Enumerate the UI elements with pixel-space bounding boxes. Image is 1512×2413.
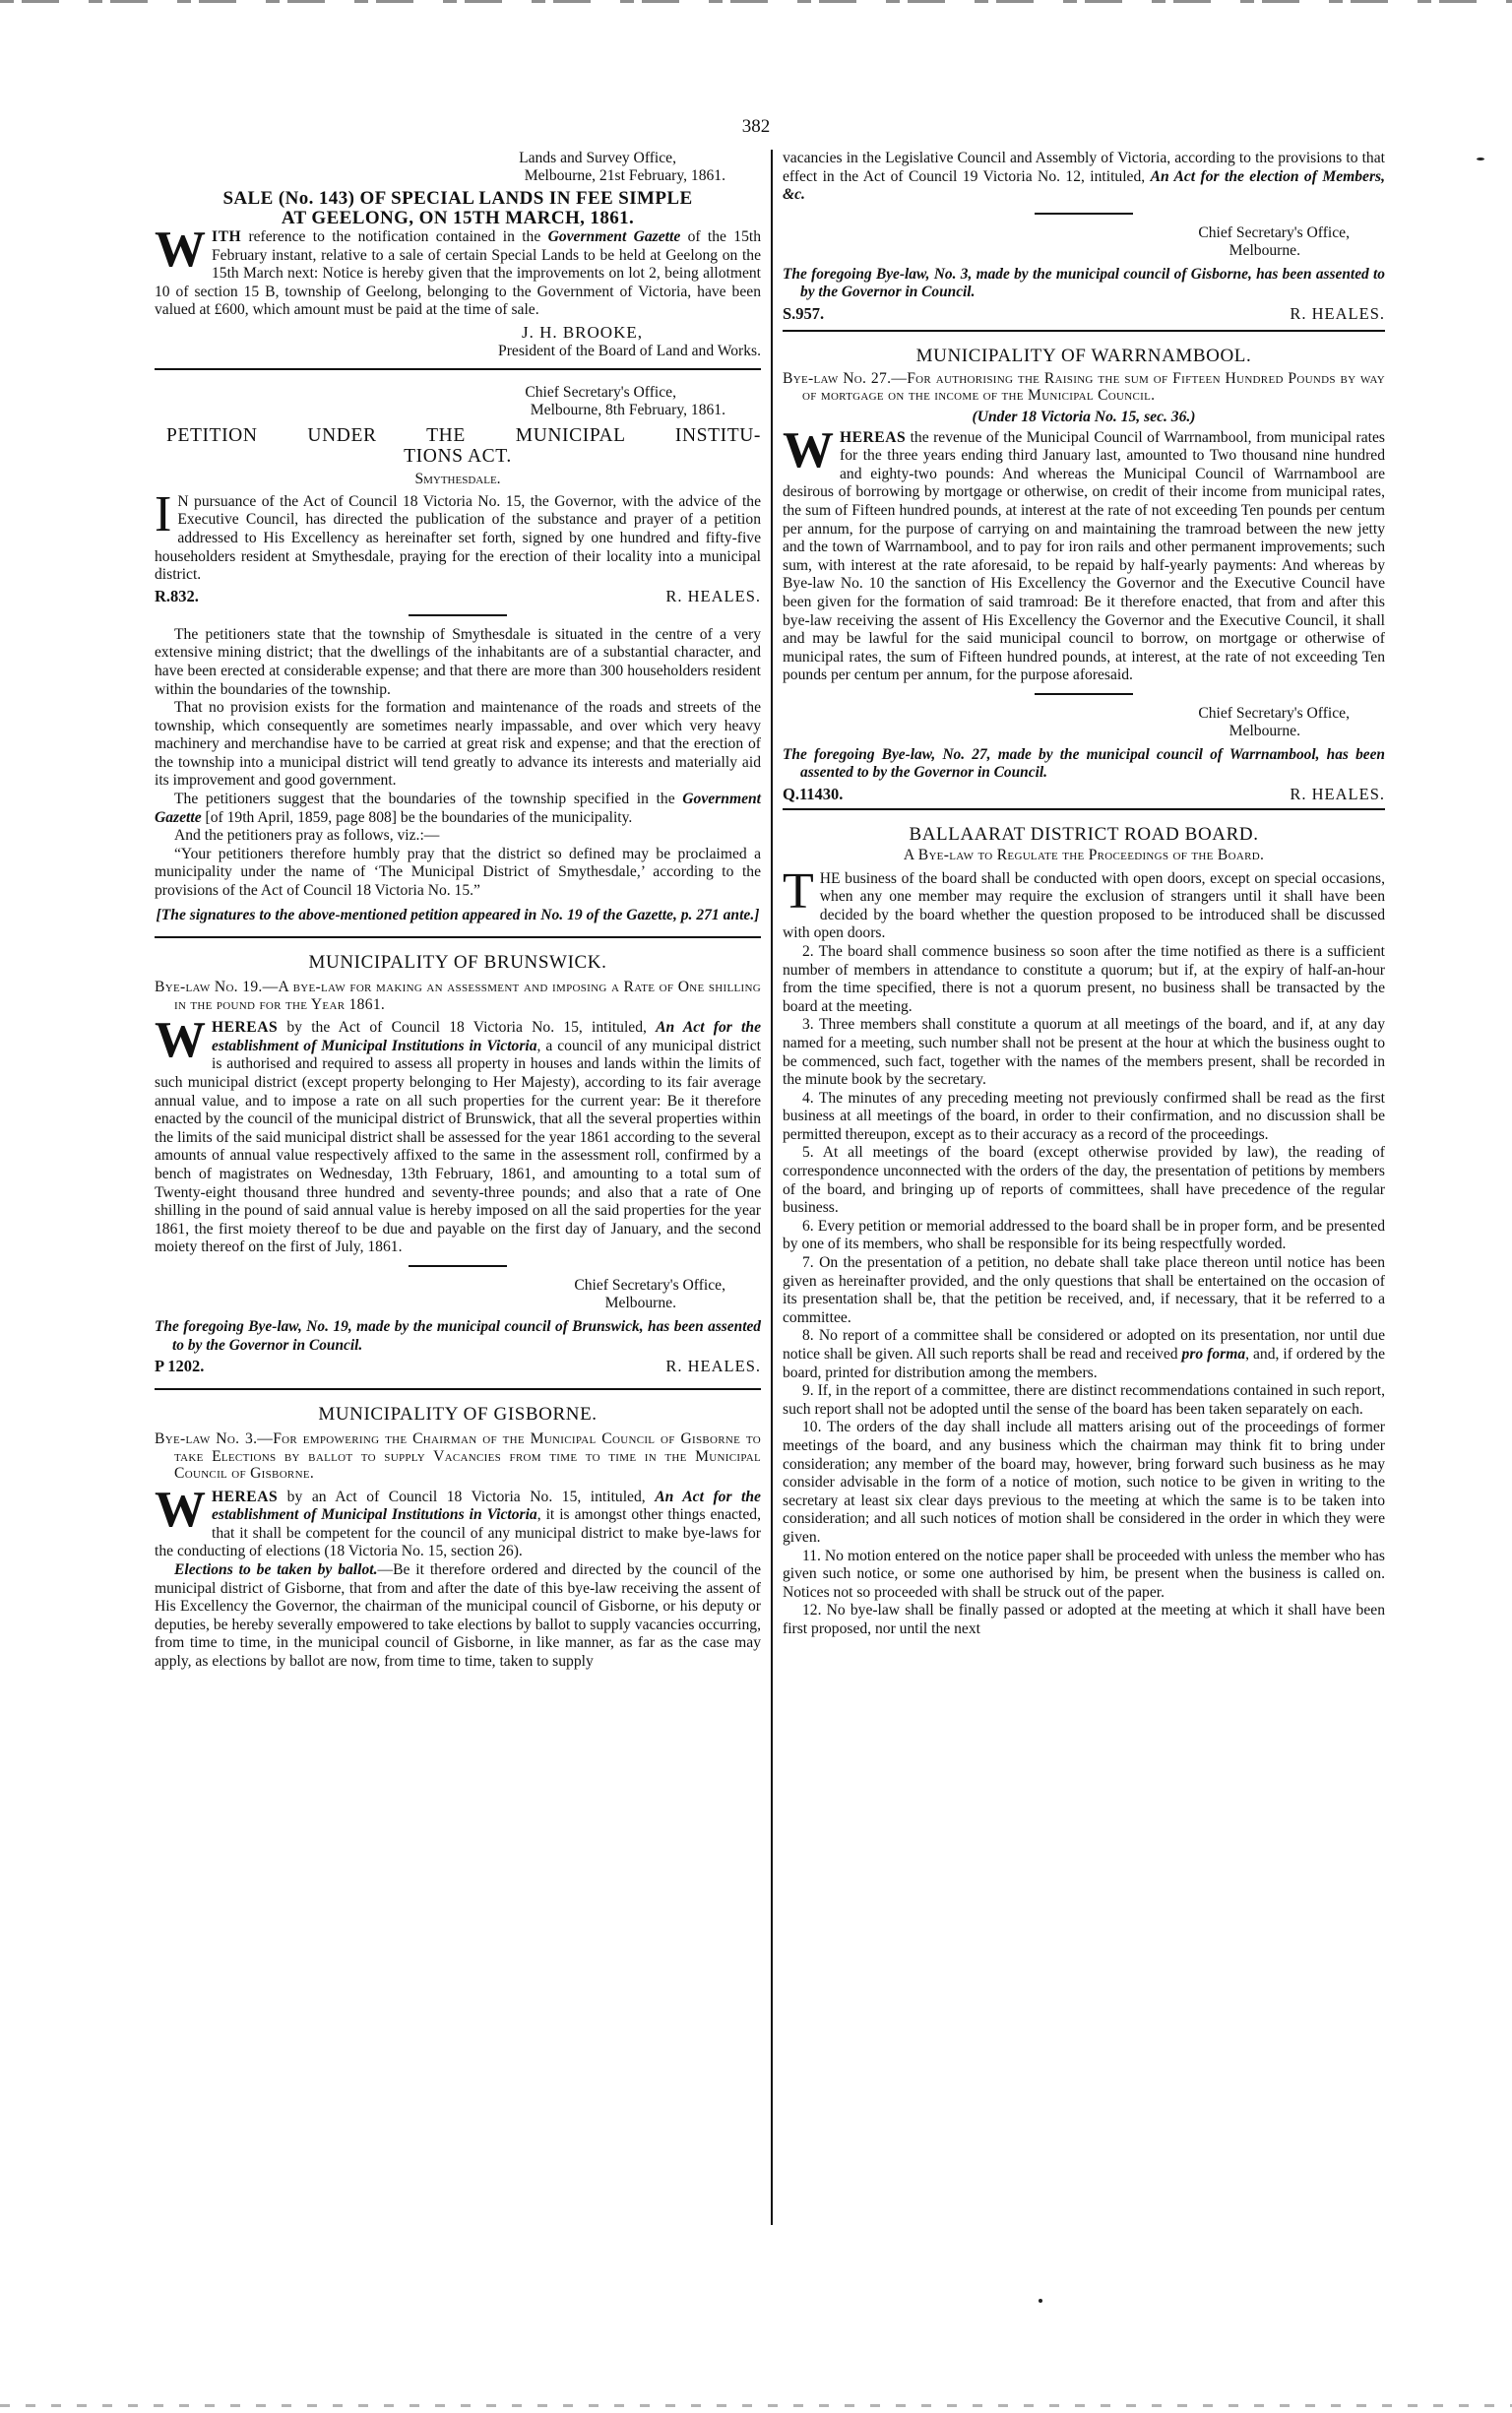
page-number: 382 [0,116,1512,138]
dropcap-letter: W [155,1491,206,1530]
notice-body: WITH reference to the notification conta… [155,228,761,320]
assent-note: The foregoing Bye-law, No. 3, made by th… [783,266,1385,302]
reference-number: P 1202. [155,1357,204,1376]
notice-body: WHEREAS the revenue of the Municipal Cou… [783,429,1385,685]
clause-3: 3. Three members shall constitute a quor… [783,1016,1385,1089]
assent-note: The foregoing Bye-law, No. 27, made by t… [783,746,1385,783]
notice-title-line2: AT GEELONG, ON 15TH MARCH, 1861. [155,209,761,228]
editorial-note: [The signatures to the above-mentioned p… [155,907,761,925]
section-divider [155,368,761,370]
notice-title: BALLAARAT DISTRICT ROAD BOARD. [783,824,1385,845]
notice-body: IN pursuance of the Act of Council 18 Vi… [155,493,761,585]
right-column: vacancies in the Legislative Council and… [783,150,1385,1639]
clause-8: 8. No report of a committee shall be con… [783,1327,1385,1382]
notice-ballaarat: BALLAARAT DISTRICT ROAD BOARD. A Bye-law… [783,824,1385,1638]
notice-title: PETITION UNDER THE MUNICIPAL INSTITU- [155,425,761,446]
office-dateline: Chief Secretary's Office, Melbourne. [783,224,1385,260]
paragraph: vacancies in the Legislative Council and… [783,150,1385,205]
signatory: R. HEALES. [665,1357,761,1376]
notice-brunswick: MUNICIPALITY OF BRUNSWICK. Bye-law No. 1… [155,952,761,1376]
office-dateline: Chief Secretary's Office, Melbourne. [155,1277,761,1312]
reference-number: S.957. [783,304,824,324]
signature-line: R.832. R. HEALES. [155,587,761,606]
signature-line: P 1202. R. HEALES. [155,1357,761,1376]
notice-title: MUNICIPALITY OF WARRNAMBOOL. [783,346,1385,366]
signature-line: S.957. R. HEALES. [783,304,1385,324]
scan-speck [1039,2299,1042,2303]
short-divider [1035,693,1133,695]
section-divider [155,936,761,938]
signature-line: Q.11430. R. HEALES. [783,785,1385,804]
paragraph: The petitioners suggest that the boundar… [155,791,761,827]
section-divider [783,330,1385,332]
left-column: Lands and Survey Office, Melbourne, 21st… [155,150,761,1672]
notice-gisborne: MUNICIPALITY OF GISBORNE. Bye-law No. 3.… [155,1404,761,1671]
reference-number: Q.11430. [783,785,843,804]
paragraph: The petitioners state that the township … [155,626,761,699]
signatory-title: President of the Board of Land and Works… [155,343,761,361]
scan-edge-artifact-top [0,0,1512,3]
notice-lands-sale: Lands and Survey Office, Melbourne, 21st… [155,150,761,360]
clause-2: 2. The board shall commence business so … [783,943,1385,1016]
place-name: Smythesdale. [155,471,761,489]
office-dateline: Chief Secretary's Office, Melbourne. [783,705,1385,740]
scan-edge-artifact-bottom [0,2404,1512,2407]
paragraph: And the petitioners pray as follows, viz… [155,827,761,846]
notice-title: MUNICIPALITY OF BRUNSWICK. [155,952,761,973]
clause-10: 10. The orders of the day shall include … [783,1419,1385,1547]
clause-12: 12. No bye-law shall be finally passed o… [783,1602,1385,1638]
reference-number: R.832. [155,587,199,606]
clause-11: 11. No motion entered on the notice pape… [783,1548,1385,1603]
clause-7: 7. On the presentation of a petition, no… [783,1254,1385,1327]
short-divider [409,1265,507,1267]
clause-4: 4. The minutes of any preceding meeting … [783,1090,1385,1145]
signatory-name: J. H. BROOKE, [155,324,761,343]
bye-law-subhead: Bye-law No. 3.—For empowering the Chairm… [155,1430,761,1483]
scan-speck [1477,158,1484,160]
dropcap-letter: T [783,872,814,912]
office-dateline: Lands and Survey Office, Melbourne, 21st… [155,150,761,185]
signatory: R. HEALES. [1290,785,1385,804]
dropcap-letter: W [155,230,206,270]
column-divider [771,150,773,2225]
notice-gisborne-continued: vacancies in the Legislative Council and… [783,150,1385,324]
assent-note: The foregoing Bye-law, No. 19, made by t… [155,1318,761,1355]
notice-title-line2: TIONS ACT. [155,446,761,467]
notice-warrnambool: MUNICIPALITY OF WARRNAMBOOL. Bye-law No.… [783,346,1385,804]
bye-law-subhead: A Bye-law to Regulate the Proceedings of… [783,847,1385,864]
signatory: R. HEALES. [1290,304,1385,324]
office-dateline: Chief Secretary's Office, Melbourne, 8th… [155,384,761,419]
notice-title: SALE (No. 143) OF SPECIAL LANDS IN FEE S… [155,189,761,209]
short-divider [1035,213,1133,215]
dropcap-letter: I [155,495,171,535]
clause-5: 5. At all meetings of the board (except … [783,1144,1385,1217]
notice-body: WHEREAS by an Act of Council 18 Victoria… [155,1489,761,1561]
paragraph: That no provision exists for the formati… [155,699,761,791]
notice-body: WHEREAS by the Act of Council 18 Victori… [155,1019,761,1257]
paragraph: Elections to be taken by ballot.—Be it t… [155,1561,761,1672]
section-divider [155,1388,761,1390]
bye-law-subhead: Bye-law No. 19.—A bye-law for making an … [155,979,761,1013]
clause-9: 9. If, in the report of a committee, the… [783,1382,1385,1419]
short-divider [409,614,507,616]
section-divider [783,808,1385,810]
paragraph: THE business of the board shall be condu… [783,870,1385,943]
dropcap-letter: W [783,431,834,471]
clause-6: 6. Every petition or memorial addressed … [783,1218,1385,1254]
dropcap-letter: W [155,1021,206,1060]
paragraph: “Your petitioners therefore humbly pray … [155,846,761,901]
bye-law-subhead: Bye-law No. 27.—For authorising the Rais… [783,370,1385,405]
statute-reference: (Under 18 Victoria No. 15, sec. 36.) [783,409,1385,427]
signatory: R. HEALES. [665,587,761,606]
notice-title: MUNICIPALITY OF GISBORNE. [155,1404,761,1425]
notice-petition: Chief Secretary's Office, Melbourne, 8th… [155,384,761,924]
